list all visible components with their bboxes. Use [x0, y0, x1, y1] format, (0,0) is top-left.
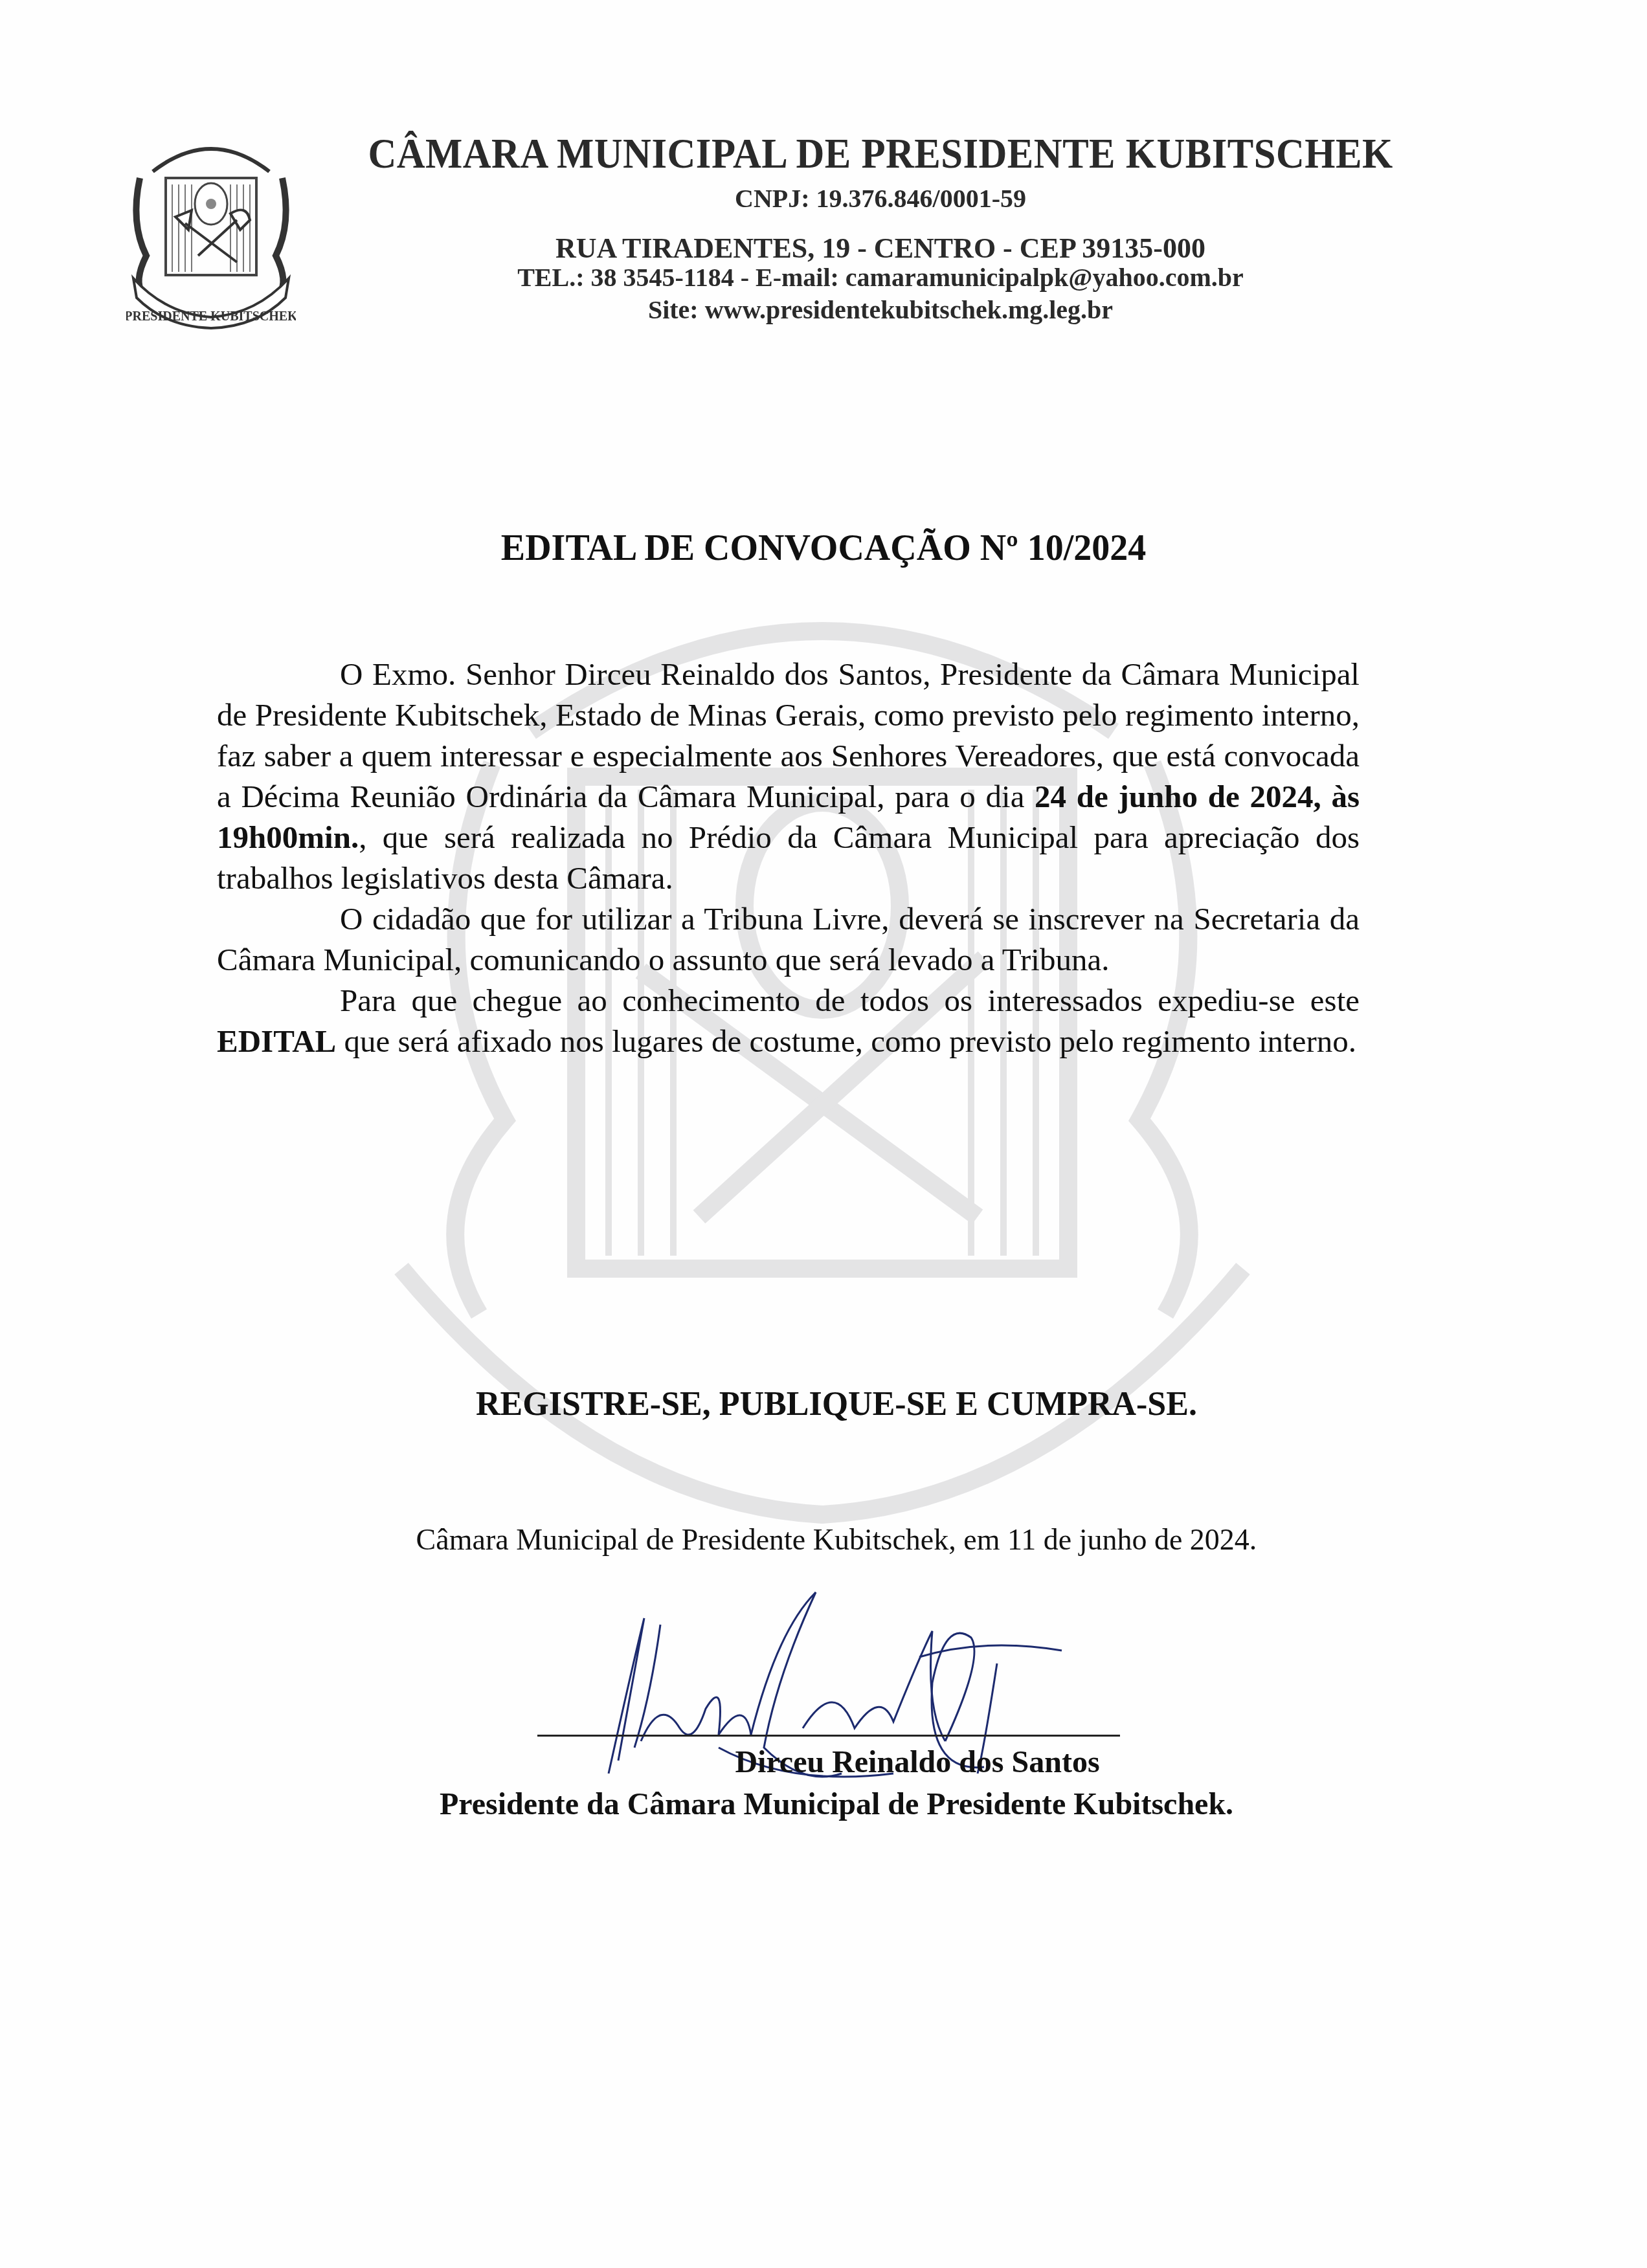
- document-title: EDITAL DE CONVOCAÇÃO Nº 10/2024: [0, 528, 1647, 569]
- place-date-line: Câmara Municipal de Presidente Kubitsche…: [0, 1522, 1647, 1557]
- cnpj: CNPJ: 19.376.846/0001-59: [311, 183, 1450, 214]
- website: Site: www.presidentekubitschek.mg.leg.br: [311, 295, 1450, 325]
- document-page: PRESIDENTE KUBITSCHEK CÂMARA MUNICIPAL D…: [0, 0, 1647, 2268]
- signer-name: Dirceu Reinaldo dos Santos: [0, 1744, 1647, 1780]
- address: RUA TIRADENTES, 19 - CENTRO - CEP 39135-…: [311, 232, 1450, 265]
- edital-emphasis: EDITAL: [217, 1023, 336, 1059]
- paragraph-convocation: O Exmo. Senhor Dirceu Reinaldo dos Santo…: [217, 654, 1360, 898]
- svg-text:PRESIDENTE KUBITSCHEK: PRESIDENTE KUBITSCHEK: [126, 309, 296, 324]
- paragraph-tribuna-livre: O cidadão que for utilizar a Tribuna Liv…: [217, 898, 1360, 980]
- document-body: O Exmo. Senhor Dirceu Reinaldo dos Santo…: [217, 654, 1360, 1062]
- institution-name: CÂMARA MUNICIPAL DE PRESIDENTE KUBITSCHE…: [356, 129, 1404, 179]
- closing-formula: REGISTRE-SE, PUBLIQUE-SE E CUMPRA-SE.: [0, 1385, 1647, 1423]
- coat-of-arms-icon: PRESIDENTE KUBITSCHEK: [126, 133, 296, 330]
- contact-info: TEL.: 38 3545-1184 - E-mail: camaramunic…: [311, 262, 1450, 293]
- signature-line: [537, 1735, 1120, 1737]
- paragraph-publication: Para que chegue ao conhecimento de todos…: [217, 980, 1360, 1062]
- signer-role: Presidente da Câmara Municipal de Presid…: [0, 1786, 1647, 1822]
